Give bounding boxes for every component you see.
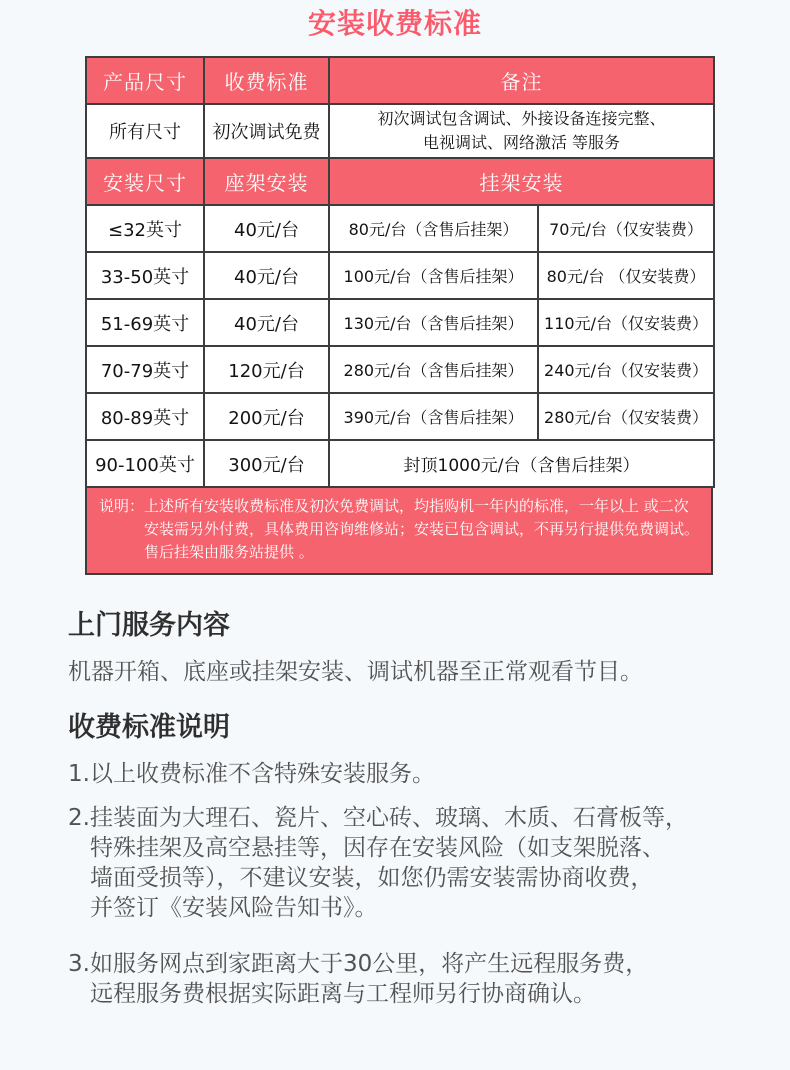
fee-cell: 初次调试免费 <box>204 104 329 158</box>
table-header-row-1: 产品尺寸 收费标准 备注 <box>86 57 714 104</box>
remark-line-2: 电视调试、网络激活 等服务 <box>332 131 711 155</box>
fee-note-line: 1.以上收费标准不含特殊安装服务。 <box>68 759 730 789</box>
base-price-cell: 40元/台 <box>204 299 329 346</box>
table-row: 80-89英寸 200元/台 390元/台（含售后挂架） 280元/台（仅安装费… <box>86 393 714 440</box>
table-row: 70-79英寸 120元/台 280元/台（含售后挂架） 240元/台（仅安装费… <box>86 346 714 393</box>
wall-incl-price-cell: 100元/台（含售后挂架） <box>329 252 538 299</box>
wall-incl-price-cell: 390元/台（含售后挂架） <box>329 393 538 440</box>
wall-only-price-cell: 70元/台（仅安装费） <box>538 205 714 252</box>
fee-notes-heading: 收费标准说明 <box>68 711 730 745</box>
table-note-line: 售后挂架由服务站提供 。 <box>144 541 701 564</box>
base-price-cell: 200元/台 <box>204 393 329 440</box>
table-row: ≤32英寸 40元/台 80元/台（含售后挂架） 70元/台（仅安装费） <box>86 205 714 252</box>
size-cell: 70-79英寸 <box>86 346 204 393</box>
fee-table: 产品尺寸 收费标准 备注 所有尺寸 初次调试免费 初次调试包含调试、外接设备连接… <box>85 56 715 488</box>
install-size-header: 安装尺寸 <box>86 158 204 205</box>
wall-only-price-cell: 240元/台（仅安装费） <box>538 346 714 393</box>
size-cell: 所有尺寸 <box>86 104 204 158</box>
product-size-header: 产品尺寸 <box>86 57 204 104</box>
fee-note-line: 远程服务费根据实际距离与工程师另行协商确认。 <box>90 979 730 1009</box>
table-row: 90-100英寸 300元/台 封顶1000元/台（含售后挂架） <box>86 440 714 487</box>
size-cell: 51-69英寸 <box>86 299 204 346</box>
remarks-header: 备注 <box>329 57 714 104</box>
wall-only-price-cell: 280元/台（仅安装费） <box>538 393 714 440</box>
table-note-line: 说明：上述所有安装收费标准及初次免费调试，均指购机一年内的标准，一年以上 或二次 <box>99 495 701 518</box>
page: 安装收费标准 产品尺寸 收费标准 备注 所有尺寸 初次调试免费 初次调试包含调试… <box>0 6 790 1070</box>
wall-incl-price-cell: 280元/台（含售后挂架） <box>329 346 538 393</box>
fee-note-line: 特殊挂架及高空悬挂等，因存在安装风险（如支架脱落、 <box>90 833 730 863</box>
table-row-all-sizes: 所有尺寸 初次调试免费 初次调试包含调试、外接设备连接完整、 电视调试、网络激活… <box>86 104 714 158</box>
fee-note-line: 墙面受损等），不建议安装，如您仍需安装需协商收费， <box>90 863 730 893</box>
table-note: 说明：上述所有安装收费标准及初次免费调试，均指购机一年内的标准，一年以上 或二次… <box>85 488 713 575</box>
fee-note-line: 并签订《安装风险告知书》。 <box>90 893 730 923</box>
wall-only-price-cell: 110元/台（仅安装费） <box>538 299 714 346</box>
size-cell: 90-100英寸 <box>86 440 204 487</box>
base-price-cell: 120元/台 <box>204 346 329 393</box>
table-header-row-2: 安装尺寸 座架安装 挂架安装 <box>86 158 714 205</box>
fee-standard-header: 收费标准 <box>204 57 329 104</box>
base-install-header: 座架安装 <box>204 158 329 205</box>
size-cell: 80-89英寸 <box>86 393 204 440</box>
page-title: 安装收费标准 <box>0 6 790 42</box>
table-row: 51-69英寸 40元/台 130元/台（含售后挂架） 110元/台（仅安装费） <box>86 299 714 346</box>
table-note-line: 安装需另外付费，具体费用咨询维修站；安装已包含调试，不再另行提供免费调试。 <box>144 518 701 541</box>
remark-cell: 初次调试包含调试、外接设备连接完整、 电视调试、网络激活 等服务 <box>329 104 714 158</box>
fee-note-line: 2.挂装面为大理石、瓷片、空心砖、玻璃、木质、石膏板等， <box>68 803 730 833</box>
wall-only-price-cell: 80元/台 （仅安装费） <box>538 252 714 299</box>
fee-note-item-1: 1.以上收费标准不含特殊安装服务。 <box>68 759 730 789</box>
wall-incl-price-cell: 80元/台（含售后挂架） <box>329 205 538 252</box>
wall-incl-price-cell: 130元/台（含售后挂架） <box>329 299 538 346</box>
fee-note-item-3: 3.如服务网点到家距离大于30公里，将产生远程服务费， 远程服务费根据实际距离与… <box>68 949 730 1009</box>
service-body: 机器开箱、底座或挂架安装、调试机器至正常观看节目。 <box>68 657 730 687</box>
service-heading: 上门服务内容 <box>68 609 730 643</box>
size-cell: 33-50英寸 <box>86 252 204 299</box>
base-price-cell: 300元/台 <box>204 440 329 487</box>
fee-note-item-2: 2.挂装面为大理石、瓷片、空心砖、玻璃、木质、石膏板等， 特殊挂架及高空悬挂等，… <box>68 803 730 923</box>
remark-line-1: 初次调试包含调试、外接设备连接完整、 <box>332 107 711 131</box>
size-cell: ≤32英寸 <box>86 205 204 252</box>
base-price-cell: 40元/台 <box>204 205 329 252</box>
fee-note-line: 3.如服务网点到家距离大于30公里，将产生远程服务费， <box>68 949 730 979</box>
wall-install-header: 挂架安装 <box>329 158 714 205</box>
wall-capped-price-cell: 封顶1000元/台（含售后挂架） <box>329 440 714 487</box>
table-row: 33-50英寸 40元/台 100元/台（含售后挂架） 80元/台 （仅安装费） <box>86 252 714 299</box>
text-sections: 上门服务内容 机器开箱、底座或挂架安装、调试机器至正常观看节目。 收费标准说明 … <box>0 609 790 1009</box>
base-price-cell: 40元/台 <box>204 252 329 299</box>
